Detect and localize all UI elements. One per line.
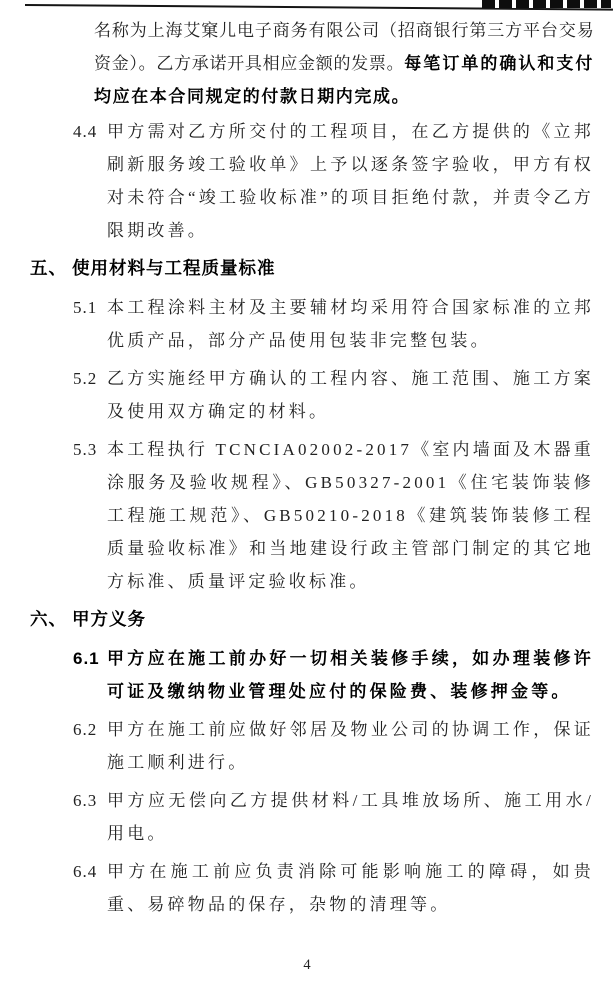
clause-number: 6.1 — [73, 642, 107, 708]
clause-text: 甲方需对乙方所交付的工程项目，在乙方提供的《立邦刷新服务竣工验收单》上予以逐条签… — [107, 115, 594, 247]
clause-number: 5.3 — [73, 433, 107, 598]
section-number: 六、 — [30, 603, 72, 636]
section-title: 甲方义务 — [72, 603, 146, 636]
clause-number: 5.1 — [73, 291, 107, 357]
clause-number: 6.4 — [73, 855, 107, 921]
clause-5-3: 5.3 本工程执行 TCNCIA02002-2017《室内墙面及木器重涂服务及验… — [73, 433, 594, 598]
section-number: 五、 — [30, 252, 72, 285]
contract-content: 名称为上海艾窠儿电子商务有限公司（招商银行第三方平台交易资金）。乙方承诺开具相应… — [0, 14, 614, 926]
clause-6-1: 6.1 甲方应在施工前办好一切相关装修手续，如办理装修许可证及缴纳物业管理处应付… — [73, 642, 594, 708]
clause-text: 本工程涂料主材及主要辅材均采用符合国家标准的立邦优质产品，部分产品使用包装非完整… — [107, 291, 594, 357]
clause-6-2: 6.2 甲方在施工前应做好邻居及物业公司的协调工作，保证施工顺利进行。 — [73, 713, 594, 779]
clause-5-2: 5.2 乙方实施经甲方确认的工程内容、施工范围、施工方案及使用双方确定的材料。 — [73, 362, 594, 428]
clause-text: 甲方在施工前应做好邻居及物业公司的协调工作，保证施工顺利进行。 — [107, 713, 594, 779]
clause-number: 5.2 — [73, 362, 107, 428]
clause-text: 乙方实施经甲方确认的工程内容、施工范围、施工方案及使用双方确定的材料。 — [107, 362, 594, 428]
clause-6-3: 6.3 甲方应无偿向乙方提供材料/工具堆放场所、施工用水/用电。 — [73, 784, 594, 850]
clause-number: 6.3 — [73, 784, 107, 850]
section-title: 使用材料与工程质量标准 — [72, 252, 276, 285]
clause-5-1: 5.1 本工程涂料主材及主要辅材均采用符合国家标准的立邦优质产品，部分产品使用包… — [73, 291, 594, 357]
section-5-heading: 五、 使用材料与工程质量标准 — [30, 252, 614, 285]
clause-4-4: 4.4 甲方需对乙方所交付的工程项目，在乙方提供的《立邦刷新服务竣工验收单》上予… — [73, 115, 594, 247]
clause-6-4: 6.4 甲方在施工前应负责消除可能影响施工的障碍，如贵重、易碎物品的保存，杂物的… — [73, 855, 594, 921]
clause-text: 甲方应无偿向乙方提供材料/工具堆放场所、施工用水/用电。 — [107, 784, 594, 850]
cropped-logo-icon — [482, 0, 611, 8]
page-number: 4 — [0, 957, 614, 974]
clause-text: 甲方应在施工前办好一切相关装修手续，如办理装修许可证及缴纳物业管理处应付的保险费… — [107, 642, 594, 708]
clause-number: 6.2 — [73, 713, 107, 779]
section-6-heading: 六、 甲方义务 — [30, 603, 614, 636]
contract-document-page: 名称为上海艾窠儿电子商务有限公司（招商银行第三方平台交易资金）。乙方承诺开具相应… — [0, 0, 614, 994]
clause-text: 本工程执行 TCNCIA02002-2017《室内墙面及木器重涂服务及验收规程》… — [107, 433, 594, 598]
intro-paragraph: 名称为上海艾窠儿电子商务有限公司（招商银行第三方平台交易资金）。乙方承诺开具相应… — [94, 14, 594, 113]
clause-number: 4.4 — [73, 115, 107, 247]
clause-text: 甲方在施工前应负责消除可能影响施工的障碍，如贵重、易碎物品的保存，杂物的清理等。 — [107, 855, 594, 921]
